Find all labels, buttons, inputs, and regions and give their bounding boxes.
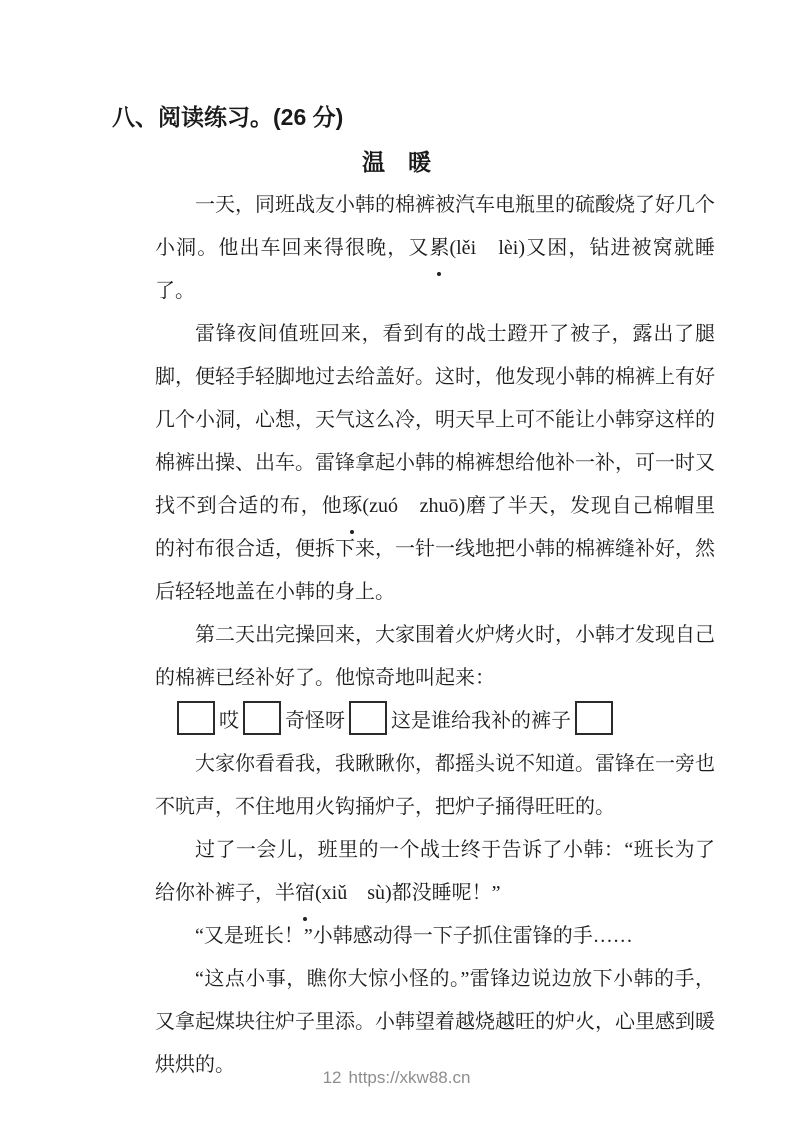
punctuation-blank-box[interactable] (177, 701, 215, 735)
passage-body: 一天，同班战友小韩的棉裤被汽车电瓶里的硫酸烧了好几个小洞。他出车回来得很晚，又累… (155, 184, 715, 1087)
passage-paragraph: “又是班长！”小韩感动得一下子抓住雷锋的手…… (155, 915, 715, 958)
passage-paragraph: 第二天出完操回来，大家围着火炉烤火时，小韩才发现自己的棉裤已经补好了。他惊奇地叫… (155, 614, 715, 700)
fill-line-text: 哎 (219, 710, 239, 732)
emphasized-char: 累 (429, 227, 449, 270)
fill-line-text: 奇怪呀 (285, 710, 345, 732)
punctuation-fill-line: 哎奇怪呀这是谁给我补的裤子 (155, 700, 715, 743)
section-heading: 八、阅读练习。(26 分) (112, 99, 343, 132)
passage-paragraph: 雷锋夜间值班回来，看到有的战士蹬开了被子，露出了腿脚，便轻手轻脚地过去给盖好。这… (155, 313, 715, 614)
page-footer: 12https://xkw88.cn (0, 1068, 793, 1088)
passage-paragraph: 过了一会儿，班里的一个战士终于告诉了小韩：“班长为了给你补裤子，半宿(xiǔ s… (155, 829, 715, 915)
page-number: 12 (323, 1068, 342, 1087)
punctuation-blank-box[interactable] (349, 701, 387, 735)
site-url: https://xkw88.cn (349, 1068, 471, 1087)
fill-line-text: 这是谁给我补的裤子 (391, 710, 571, 732)
passage-paragraph: 一天，同班战友小韩的棉裤被汽车电瓶里的硫酸烧了好几个小洞。他出车回来得很晚，又累… (155, 184, 715, 313)
punctuation-blank-box[interactable] (243, 701, 281, 735)
passage-paragraph: 大家你看看我，我瞅瞅你，都摇头说不知道。雷锋在一旁也不吭声，不住地用火钩捅炉子，… (155, 743, 715, 829)
punctuation-blank-box[interactable] (575, 701, 613, 735)
passage-title: 温 暖 (0, 144, 793, 177)
emphasized-char: 琢 (342, 485, 362, 528)
worksheet-page: 八、阅读练习。(26 分) 温 暖 一天，同班战友小韩的棉裤被汽车电瓶里的硫酸烧… (0, 0, 793, 1122)
emphasized-char: 宿 (295, 872, 315, 915)
